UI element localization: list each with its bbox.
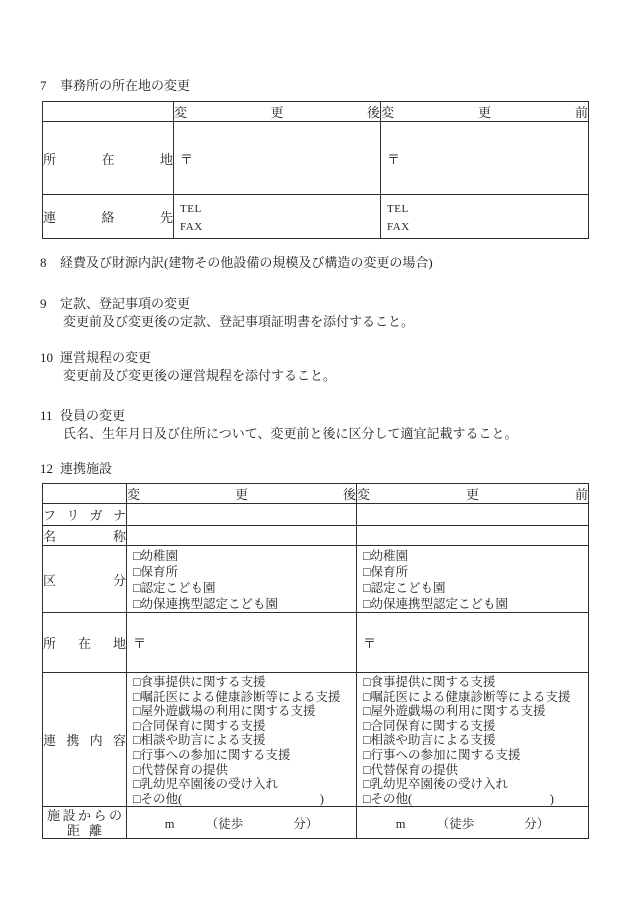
tel-label: TEL: [180, 200, 374, 218]
checkbox-option: □合同保育に関する支援: [363, 719, 582, 734]
section-number: 11: [40, 408, 60, 424]
section-11: 11役員の変更 氏名、生年月日及び住所について、変更前と後に区分して適宜記載する…: [40, 408, 517, 444]
table-header-row: 変 更 後 変 更 前: [43, 102, 589, 122]
checkbox-option: □行事への参加に関する支援: [363, 748, 582, 763]
section-title: 経費及び財源内訳(建物その他設備の規模及び構造の変更の場合): [60, 255, 433, 270]
checkbox-option: □幼稚園: [363, 548, 582, 564]
section-8: 8経費及び財源内訳(建物その他設備の規模及び構造の変更の場合): [40, 255, 433, 271]
checkbox-option: □相談や助言による支援: [133, 733, 350, 748]
section-number: 8: [40, 255, 60, 271]
checkbox-option: □屋外遊戯場の利用に関する支援: [133, 704, 350, 719]
contact-after-cell: TEL FAX: [174, 195, 381, 239]
checkbox-option: □その他( ): [363, 792, 582, 807]
cooperation-row: 連 携 内 容 □食事提供に関する支援□嘱託医による健康診断等による支援□屋外遊…: [43, 673, 589, 807]
cooperation-options-before: □食事提供に関する支援□嘱託医による健康診断等による支援□屋外遊戯場の利用に関す…: [357, 673, 588, 806]
section-title: 連携施設: [60, 461, 112, 476]
category-before-cell: □幼稚園□保育所□認定こども園□幼保連携型認定こども園: [357, 546, 589, 613]
section-title: 事務所の所在地の変更: [60, 78, 190, 93]
address-before-cell: 〒: [381, 122, 589, 195]
section-number: 10: [40, 350, 60, 366]
furigana-after-cell: [127, 504, 357, 526]
facility-address-before-cell: 〒: [357, 613, 589, 673]
facility-address-after-cell: 〒: [127, 613, 357, 673]
table-header-row: 変 更 後 変 更 前: [43, 484, 589, 504]
distance-row-label: 施設からの 距 離: [43, 807, 127, 839]
postal-mark: 〒: [357, 634, 588, 651]
distance-value-before: m （徒歩 分）: [357, 807, 589, 839]
cooperation-options-after: □食事提供に関する支援□嘱託医による健康診断等による支援□屋外遊戯場の利用に関す…: [127, 673, 356, 806]
checkbox-option: □その他( ): [133, 792, 350, 807]
checkbox-option: □幼保連携型認定こども園: [363, 596, 582, 612]
checkbox-option: □嘱託医による健康診断等による支援: [363, 690, 582, 705]
furigana-row: フ リ ガ ナ: [43, 504, 589, 526]
section-note: 氏名、生年月日及び住所について、変更前と後に区分して適宜記載すること。: [63, 424, 517, 444]
tel-label: TEL: [387, 200, 582, 218]
header-blank-cell: [43, 102, 174, 122]
cooperation-row-label: 連 携 内 容: [43, 673, 127, 807]
after-column-header: 変 更 後: [127, 484, 357, 504]
checkbox-option: □幼保連携型認定こども園: [133, 596, 350, 612]
section-9-heading: 9定款、登記事項の変更: [40, 296, 414, 312]
section-number: 12: [40, 461, 60, 477]
name-row: 名 称: [43, 526, 589, 546]
contact-row: 連 絡 先 TEL FAX TEL FAX: [43, 195, 589, 239]
section-title: 定款、登記事項の変更: [60, 296, 190, 311]
address-row-label: 所 在 地: [43, 122, 174, 195]
distance-label-line1: 施設からの: [43, 808, 126, 823]
section-10-heading: 10運営規程の変更: [40, 350, 336, 366]
checkbox-option: □嘱託医による健康診断等による支援: [133, 690, 350, 705]
distance-value-after: m （徒歩 分）: [127, 807, 357, 839]
section-10: 10運営規程の変更 変更前及び変更後の運営規程を添付すること。: [40, 350, 336, 386]
checkbox-option: □保育所: [363, 564, 582, 580]
section-11-heading: 11役員の変更: [40, 408, 517, 424]
section-title: 役員の変更: [60, 408, 125, 423]
section-8-heading: 8経費及び財源内訳(建物その他設備の規模及び構造の変更の場合): [40, 255, 433, 271]
checkbox-option: □行事への参加に関する支援: [133, 748, 350, 763]
section-title: 運営規程の変更: [60, 350, 151, 365]
checkbox-option: □認定こども園: [363, 580, 582, 596]
contact-row-label: 連 絡 先: [43, 195, 174, 239]
distance-label-line2: 距 離: [43, 823, 126, 838]
checkbox-option: □相談や助言による支援: [363, 733, 582, 748]
facility-address-row: 所 在 地 〒 〒: [43, 613, 589, 673]
before-column-header: 変 更 前: [381, 102, 589, 122]
fax-label: FAX: [387, 218, 582, 236]
furigana-row-label: フ リ ガ ナ: [43, 504, 127, 526]
section-note: 変更前及び変更後の定款、登記事項証明書を添付すること。: [63, 312, 414, 332]
category-row: 区 分 □幼稚園□保育所□認定こども園□幼保連携型認定こども園 □幼稚園□保育所…: [43, 546, 589, 613]
header-blank-cell: [43, 484, 127, 504]
checkbox-option: □乳幼児卒園後の受け入れ: [133, 777, 350, 792]
category-options-before: □幼稚園□保育所□認定こども園□幼保連携型認定こども園: [357, 546, 588, 612]
category-after-cell: □幼稚園□保育所□認定こども園□幼保連携型認定こども園: [127, 546, 357, 613]
checkbox-option: □屋外遊戯場の利用に関する支援: [363, 704, 582, 719]
contact-before-cell: TEL FAX: [381, 195, 589, 239]
checkbox-option: □食事提供に関する支援: [133, 675, 350, 690]
furigana-before-cell: [357, 504, 589, 526]
partner-facility-table: 変 更 後 変 更 前 フ リ ガ ナ 名 称 区 分 □幼稚園□保育所□認定こ…: [42, 483, 589, 839]
section-number: 9: [40, 296, 60, 312]
section-7-heading: 7事務所の所在地の変更: [40, 78, 190, 94]
before-column-header: 変 更 前: [357, 484, 589, 504]
after-column-header: 変 更 後: [174, 102, 381, 122]
checkbox-option: □乳幼児卒園後の受け入れ: [363, 777, 582, 792]
section-note: 変更前及び変更後の運営規程を添付すること。: [63, 366, 336, 386]
checkbox-option: □合同保育に関する支援: [133, 719, 350, 734]
document-page: 7事務所の所在地の変更 変 更 後 変 更 前 所 在 地 〒 〒 連 絡 先 …: [0, 0, 630, 915]
address-after-cell: 〒: [174, 122, 381, 195]
checkbox-option: □認定こども園: [133, 580, 350, 596]
checkbox-option: □保育所: [133, 564, 350, 580]
office-location-table: 変 更 後 変 更 前 所 在 地 〒 〒 連 絡 先 TEL FAX TEL: [42, 101, 589, 239]
section-12-heading: 12連携施設: [40, 461, 112, 477]
name-before-cell: [357, 526, 589, 546]
cooperation-after-cell: □食事提供に関する支援□嘱託医による健康診断等による支援□屋外遊戯場の利用に関す…: [127, 673, 357, 807]
section-number: 7: [40, 78, 60, 94]
distance-row: 施設からの 距 離 m （徒歩 分） m （徒歩 分）: [43, 807, 589, 839]
address-row: 所 在 地 〒 〒: [43, 122, 589, 195]
section-9: 9定款、登記事項の変更 変更前及び変更後の定款、登記事項証明書を添付すること。: [40, 296, 414, 332]
checkbox-option: □食事提供に関する支援: [363, 675, 582, 690]
category-options-after: □幼稚園□保育所□認定こども園□幼保連携型認定こども園: [127, 546, 356, 612]
category-row-label: 区 分: [43, 546, 127, 613]
postal-mark: 〒: [127, 634, 356, 651]
postal-mark: 〒: [174, 150, 380, 167]
fax-label: FAX: [180, 218, 374, 236]
postal-mark: 〒: [381, 150, 588, 167]
checkbox-option: □代替保育の提供: [363, 763, 582, 778]
address-row-label: 所 在 地: [43, 613, 127, 673]
name-row-label: 名 称: [43, 526, 127, 546]
name-after-cell: [127, 526, 357, 546]
cooperation-before-cell: □食事提供に関する支援□嘱託医による健康診断等による支援□屋外遊戯場の利用に関す…: [357, 673, 589, 807]
checkbox-option: □幼稚園: [133, 548, 350, 564]
checkbox-option: □代替保育の提供: [133, 763, 350, 778]
